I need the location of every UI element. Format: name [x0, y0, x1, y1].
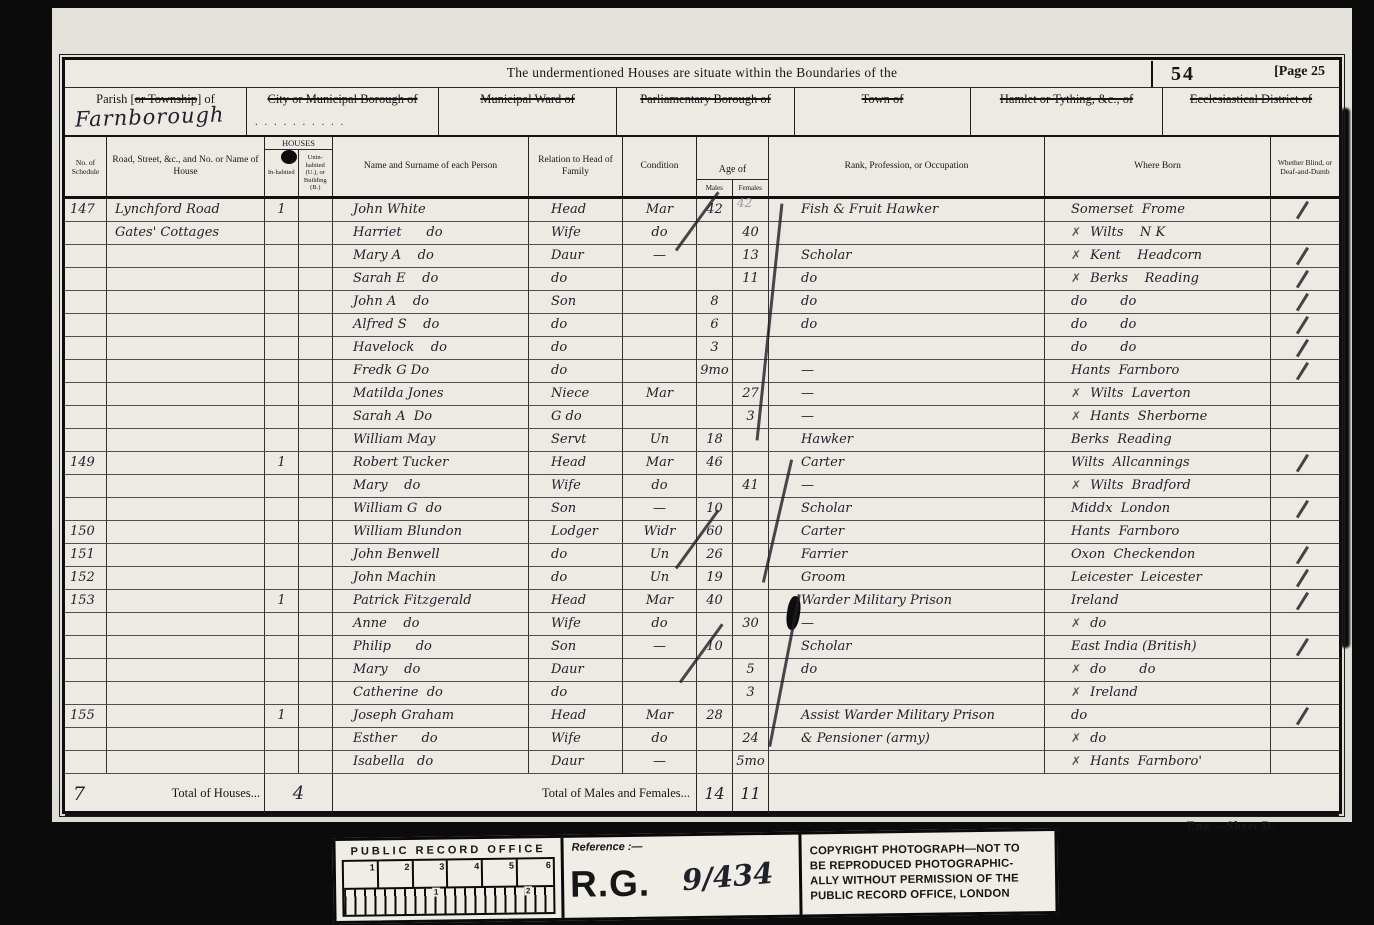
cell-cond: do	[623, 728, 697, 750]
col-females: Females	[733, 180, 769, 196]
undermentioned-note: The undermentioned Houses are situate wi…	[507, 65, 898, 81]
pro-title: PUBLIC RECORD OFFICE	[342, 843, 555, 858]
cell-blind	[1271, 429, 1339, 451]
ruler-cm: 1 2	[344, 886, 553, 914]
check-x-mark: ✗	[1071, 685, 1081, 699]
cell-rel: Daur	[529, 659, 623, 681]
cell-born: ✗Hants Farnboro'	[1045, 751, 1271, 773]
check-x-mark: ✗	[1071, 754, 1081, 768]
cell-s	[65, 222, 107, 244]
column-header-row: No. of Schedule Road, Street, &c., and N…	[65, 137, 1339, 199]
cell-road	[107, 613, 265, 635]
cell-name: Harriet do	[333, 222, 529, 244]
totals-left-mark: 7	[65, 774, 107, 813]
census-row: William MayServtUn18HawkerBerks Reading	[65, 429, 1339, 452]
total-houses-label: Total of Houses...	[107, 774, 265, 813]
cell-rel: Wife	[529, 222, 623, 244]
total-mf-label: Total of Males and Females...	[333, 774, 697, 813]
col-blind: Whether Blind, or Deaf-and-Dumb	[1271, 137, 1339, 196]
cell-name: Mary do	[333, 475, 529, 497]
cell-cond: Widr	[623, 521, 697, 543]
cell-uninh	[299, 429, 333, 451]
cell-cond: Mar	[623, 383, 697, 405]
document-header: The undermentioned Houses are situate wi…	[65, 60, 1339, 88]
col-born: Where Born	[1045, 137, 1271, 196]
cell-road	[107, 521, 265, 543]
diagonal-tick-mark	[1296, 707, 1309, 725]
reference-label: Reference :—	[572, 839, 791, 854]
cell-blind	[1271, 383, 1339, 405]
cell-occ: Carter	[769, 521, 1045, 543]
diagonal-tick-mark	[1296, 454, 1309, 472]
cell-cond: Un	[623, 429, 697, 451]
census-row: Sarah A DoG do3—✗Hants Sherborne	[65, 406, 1339, 429]
cell-m	[697, 659, 733, 681]
cell-occ: do	[769, 659, 1045, 681]
inch-mark: 2	[379, 861, 414, 887]
cell-occ: —	[769, 613, 1045, 635]
cell-name: Sarah A Do	[333, 406, 529, 428]
check-x-mark: ✗	[1071, 271, 1081, 285]
cell-s	[65, 613, 107, 635]
totals-row: 7 Total of Houses... 4 Total of Males an…	[65, 774, 1339, 816]
cell-inh	[265, 659, 299, 681]
cell-uninh	[299, 383, 333, 405]
cell-name: Catherine do	[333, 682, 529, 704]
census-page: The undermentioned Houses are situate wi…	[62, 57, 1342, 814]
cell-s	[65, 383, 107, 405]
sheet-note: Eng.—Sheet D.	[1187, 819, 1275, 834]
cell-blind	[1271, 682, 1339, 704]
cell-occ	[769, 751, 1045, 773]
cell-uninh	[299, 406, 333, 428]
cell-road	[107, 751, 265, 773]
census-row: William G doSon—10ScholarMiddx London	[65, 498, 1339, 521]
cell-blind	[1271, 521, 1339, 543]
cell-born: ✗do	[1045, 728, 1271, 750]
census-row: Gates' CottagesHarriet doWifedo40✗Wilts …	[65, 222, 1339, 245]
cell-s	[65, 429, 107, 451]
cell-blind	[1271, 728, 1339, 750]
census-row: Havelock dodo3do do	[65, 337, 1339, 360]
col-road: Road, Street, &c., and No. or Name of Ho…	[107, 137, 265, 196]
census-rows: 147Lynchford Road1John WhiteHeadMar42Fis…	[65, 199, 1339, 774]
reference-number: 9/434	[681, 856, 775, 898]
inch-mark: 1	[344, 861, 379, 887]
pro-copyright-section: COPYRIGHT PHOTOGRAPH—NOT TO BE REPRODUCE…	[801, 831, 1055, 915]
cell-blind	[1271, 475, 1339, 497]
col-name: Name and Surname of each Person	[333, 137, 529, 196]
diagonal-tick-mark	[1296, 316, 1309, 334]
census-row: John A doSon8dodo do	[65, 291, 1339, 314]
census-row: Anne doWifedo30—✗do	[65, 613, 1339, 636]
cell-s	[65, 682, 107, 704]
cell-blind	[1271, 751, 1339, 773]
inch-mark: 6	[518, 859, 553, 885]
cell-born: ✗do do	[1045, 659, 1271, 681]
diagonal-tick-mark	[1296, 270, 1309, 288]
hamlet-label: Hamlet or Tything, &c., of	[1000, 92, 1133, 106]
check-x-mark: ✗	[1071, 731, 1081, 745]
folio-number: 54	[1151, 61, 1221, 87]
cell-rel: Wife	[529, 728, 623, 750]
cell-born: ✗Wilts N K	[1045, 222, 1271, 244]
census-row: Alfred S dodo6dodo do	[65, 314, 1339, 337]
cell-s	[65, 406, 107, 428]
cell-cond	[623, 406, 697, 428]
cell-s	[65, 728, 107, 750]
col-relation: Relation to Head of Family	[529, 137, 623, 196]
col-age: Age of	[697, 137, 768, 179]
diagonal-tick-mark	[1296, 201, 1309, 219]
cell-occ: —	[769, 475, 1045, 497]
diagonal-tick-mark	[1296, 500, 1309, 518]
cell-born: Berks Reading	[1045, 429, 1271, 451]
diagonal-tick-mark	[1296, 293, 1309, 311]
cell-born: ✗Ireland	[1045, 682, 1271, 704]
ward-label: Municipal Ward of	[480, 92, 575, 106]
cell-uninh	[299, 751, 333, 773]
cell-road	[107, 383, 265, 405]
census-row: Esther doWifedo24& Pensioner (army)✗do	[65, 728, 1339, 751]
cell-name: Mary do	[333, 659, 529, 681]
cell-m	[697, 682, 733, 704]
total-females: 11	[733, 774, 769, 813]
photo-edge-streak	[1341, 108, 1350, 648]
cell-occ	[769, 222, 1045, 244]
inch-mark: 3	[413, 860, 448, 886]
census-row: 152John MachindoUn19GroomLeicester Leice…	[65, 567, 1339, 590]
diagonal-tick-mark	[1296, 247, 1309, 265]
cell-s: 150	[65, 521, 107, 543]
cell-rel: do	[529, 682, 623, 704]
census-row: Mary doWifedo41—✗Wilts Bradford	[65, 475, 1339, 498]
census-row: 151John BenwelldoUn26FarrierOxon Checken…	[65, 544, 1339, 567]
ecclesiastical-label: Ecclesiastical District of	[1190, 92, 1312, 106]
cell-name: Esther do	[333, 728, 529, 750]
cell-m	[697, 475, 733, 497]
cell-m	[697, 222, 733, 244]
cell-f: 5	[733, 659, 769, 681]
cell-occ: —	[769, 406, 1045, 428]
cm-mark: 1	[432, 887, 441, 896]
cell-s	[65, 751, 107, 773]
cell-f	[733, 429, 769, 451]
parish-value: Farnborough	[75, 101, 225, 132]
cell-s	[65, 659, 107, 681]
cell-cond: do	[623, 613, 697, 635]
cell-m: 18	[697, 429, 733, 451]
cell-uninh	[299, 475, 333, 497]
cell-f: 24	[733, 728, 769, 750]
cell-uninh	[299, 521, 333, 543]
census-row: 1551Joseph GrahamHeadMar28Assist Warder …	[65, 705, 1339, 728]
borough-label: City or Municipal Borough of	[268, 92, 418, 106]
cell-cond: —	[623, 751, 697, 773]
diagonal-tick-mark	[1296, 546, 1309, 564]
cell-name: Anne do	[333, 613, 529, 635]
cell-inh	[265, 521, 299, 543]
cell-cond	[623, 682, 697, 704]
cm-mark: 2	[524, 886, 533, 895]
diagonal-tick-mark	[1296, 638, 1309, 656]
cell-occ: & Pensioner (army)	[769, 728, 1045, 750]
borough-dots: . . . . . . . . . .	[255, 116, 345, 130]
cell-inh	[265, 429, 299, 451]
census-row: Catherine dodo3✗Ireland	[65, 682, 1339, 705]
parliamentary-box: Parliamentary Borough of	[617, 88, 795, 135]
cell-born: ✗Hants Sherborne	[1045, 406, 1271, 428]
diagonal-tick-mark	[1296, 569, 1309, 587]
inch-mark: 5	[483, 859, 518, 885]
census-row: Isabella doDaur—5mo✗Hants Farnboro'	[65, 751, 1339, 774]
cell-f: 3	[733, 406, 769, 428]
diagonal-tick-mark	[1296, 592, 1309, 610]
census-row: Matilda JonesNieceMar27—✗Wilts Laverton	[65, 383, 1339, 406]
cell-road	[107, 682, 265, 704]
cell-name: William Blundon	[333, 521, 529, 543]
town-label: Town of	[862, 92, 904, 106]
cell-occ	[769, 682, 1045, 704]
total-houses-value: 4	[265, 774, 333, 813]
cell-born: ✗Wilts Bradford	[1045, 475, 1271, 497]
cell-f	[733, 521, 769, 543]
cell-blind	[1271, 406, 1339, 428]
cell-f: 3	[733, 682, 769, 704]
town-box: Town of	[795, 88, 971, 135]
cell-road	[107, 659, 265, 681]
check-x-mark: ✗	[1071, 616, 1081, 630]
col-schedule: No. of Schedule	[65, 137, 107, 196]
parliamentary-label: Parliamentary Borough of	[640, 92, 771, 106]
cell-inh	[265, 682, 299, 704]
hamlet-box: Hamlet or Tything, &c., of	[971, 88, 1163, 135]
copyright-line: PUBLIC RECORD OFFICE, LONDON	[810, 886, 1047, 904]
cell-m	[697, 728, 733, 750]
check-x-mark: ✗	[1071, 409, 1081, 423]
cell-uninh	[299, 659, 333, 681]
cell-rel: Servt	[529, 429, 623, 451]
col-occupation: Rank, Profession, or Occupation	[769, 137, 1045, 196]
cell-name: Isabella do	[333, 751, 529, 773]
total-males: 14	[697, 774, 733, 813]
cell-road	[107, 475, 265, 497]
cell-born: ✗do	[1045, 613, 1271, 635]
census-row: Sarah E dodo11do✗Berks Reading	[65, 268, 1339, 291]
cell-rel: Niece	[529, 383, 623, 405]
check-x-mark: ✗	[1071, 248, 1081, 262]
census-row: 1491Robert TuckerHeadMar46CarterWilts Al…	[65, 452, 1339, 475]
cell-rel: Wife	[529, 475, 623, 497]
pro-reference-section: Reference :— R.G. 9/434	[563, 835, 802, 918]
col-houses: HOUSES	[265, 137, 332, 150]
cell-inh	[265, 406, 299, 428]
district-header-row: Parish [or Township] of Farnborough City…	[65, 88, 1339, 137]
ink-blot	[281, 150, 297, 164]
public-record-office-strip: PUBLIC RECORD OFFICE 1 2 3 4 5 6 1 2 Ref…	[332, 828, 1058, 924]
cell-born: ✗Wilts Laverton	[1045, 383, 1271, 405]
cell-name: Matilda Jones	[333, 383, 529, 405]
cell-blind	[1271, 222, 1339, 244]
parish-box: Parish [or Township] of Farnborough	[65, 88, 247, 135]
check-x-mark: ✗	[1071, 662, 1081, 676]
cell-occ: —	[769, 383, 1045, 405]
col-age-group: Age of Males Females	[697, 137, 769, 196]
cell-uninh	[299, 682, 333, 704]
census-row: Mary doDaur5do✗do do	[65, 659, 1339, 682]
col-uninhabited: Unin-habited (U.), or Building (B.)	[299, 150, 333, 196]
cell-f: 5mo	[733, 751, 769, 773]
cell-uninh	[299, 222, 333, 244]
cell-s	[65, 475, 107, 497]
col-houses-group: HOUSES In-habited Unin-habited (U.), or …	[265, 137, 333, 196]
ward-box: Municipal Ward of	[439, 88, 617, 135]
check-x-mark: ✗	[1071, 386, 1081, 400]
cell-rel: Wife	[529, 613, 623, 635]
cell-f: 40	[733, 222, 769, 244]
diagonal-tick-mark	[1296, 339, 1309, 357]
page-number: [Page 25	[1274, 64, 1325, 80]
cell-rel: Lodger	[529, 521, 623, 543]
cell-blind	[1271, 659, 1339, 681]
cell-uninh	[299, 728, 333, 750]
census-row: 1531Patrick FitzgeraldHeadMar40Warder Mi…	[65, 590, 1339, 613]
cell-m	[697, 383, 733, 405]
cell-rel: G do	[529, 406, 623, 428]
cell-inh	[265, 222, 299, 244]
cell-f: 30	[733, 613, 769, 635]
cell-f: 41	[733, 475, 769, 497]
cell-name: William May	[333, 429, 529, 451]
cell-inh	[265, 475, 299, 497]
cell-road	[107, 429, 265, 451]
cell-inh	[265, 728, 299, 750]
census-scan: The undermentioned Houses are situate wi…	[52, 8, 1352, 822]
pro-ruler-section: PUBLIC RECORD OFFICE 1 2 3 4 5 6 1 2	[335, 838, 564, 921]
diagonal-tick-mark	[1296, 362, 1309, 380]
cell-m	[697, 406, 733, 428]
cell-road	[107, 728, 265, 750]
reference-series: R.G.	[570, 863, 651, 906]
cell-born: Hants Farnboro	[1045, 521, 1271, 543]
borough-box: City or Municipal Borough of . . . . . .…	[247, 88, 439, 135]
col-condition: Condition	[623, 137, 697, 196]
cell-inh	[265, 751, 299, 773]
cell-inh	[265, 613, 299, 635]
cell-road: Gates' Cottages	[107, 222, 265, 244]
check-x-mark: ✗	[1071, 225, 1081, 239]
cell-blind	[1271, 613, 1339, 635]
census-row: Mary A doDaur—13Scholar✗Kent Headcorn	[65, 245, 1339, 268]
check-x-mark: ✗	[1071, 478, 1081, 492]
cell-cond: do	[623, 475, 697, 497]
cell-occ: Hawker	[769, 429, 1045, 451]
inch-mark: 4	[448, 860, 483, 886]
cell-m	[697, 751, 733, 773]
pencil-note: 42	[737, 196, 752, 210]
cell-inh	[265, 383, 299, 405]
cell-uninh	[299, 613, 333, 635]
totals-empty	[769, 774, 1339, 813]
census-row: Fredk G Dodo9mo—Hants Farnboro	[65, 360, 1339, 383]
ecclesiastical-box: Ecclesiastical District of	[1163, 88, 1339, 135]
cell-rel: Daur	[529, 751, 623, 773]
cell-road	[107, 406, 265, 428]
ruler-inches: 1 2 3 4 5 6	[344, 859, 553, 889]
measuring-ruler: 1 2 3 4 5 6 1 2	[342, 857, 556, 917]
